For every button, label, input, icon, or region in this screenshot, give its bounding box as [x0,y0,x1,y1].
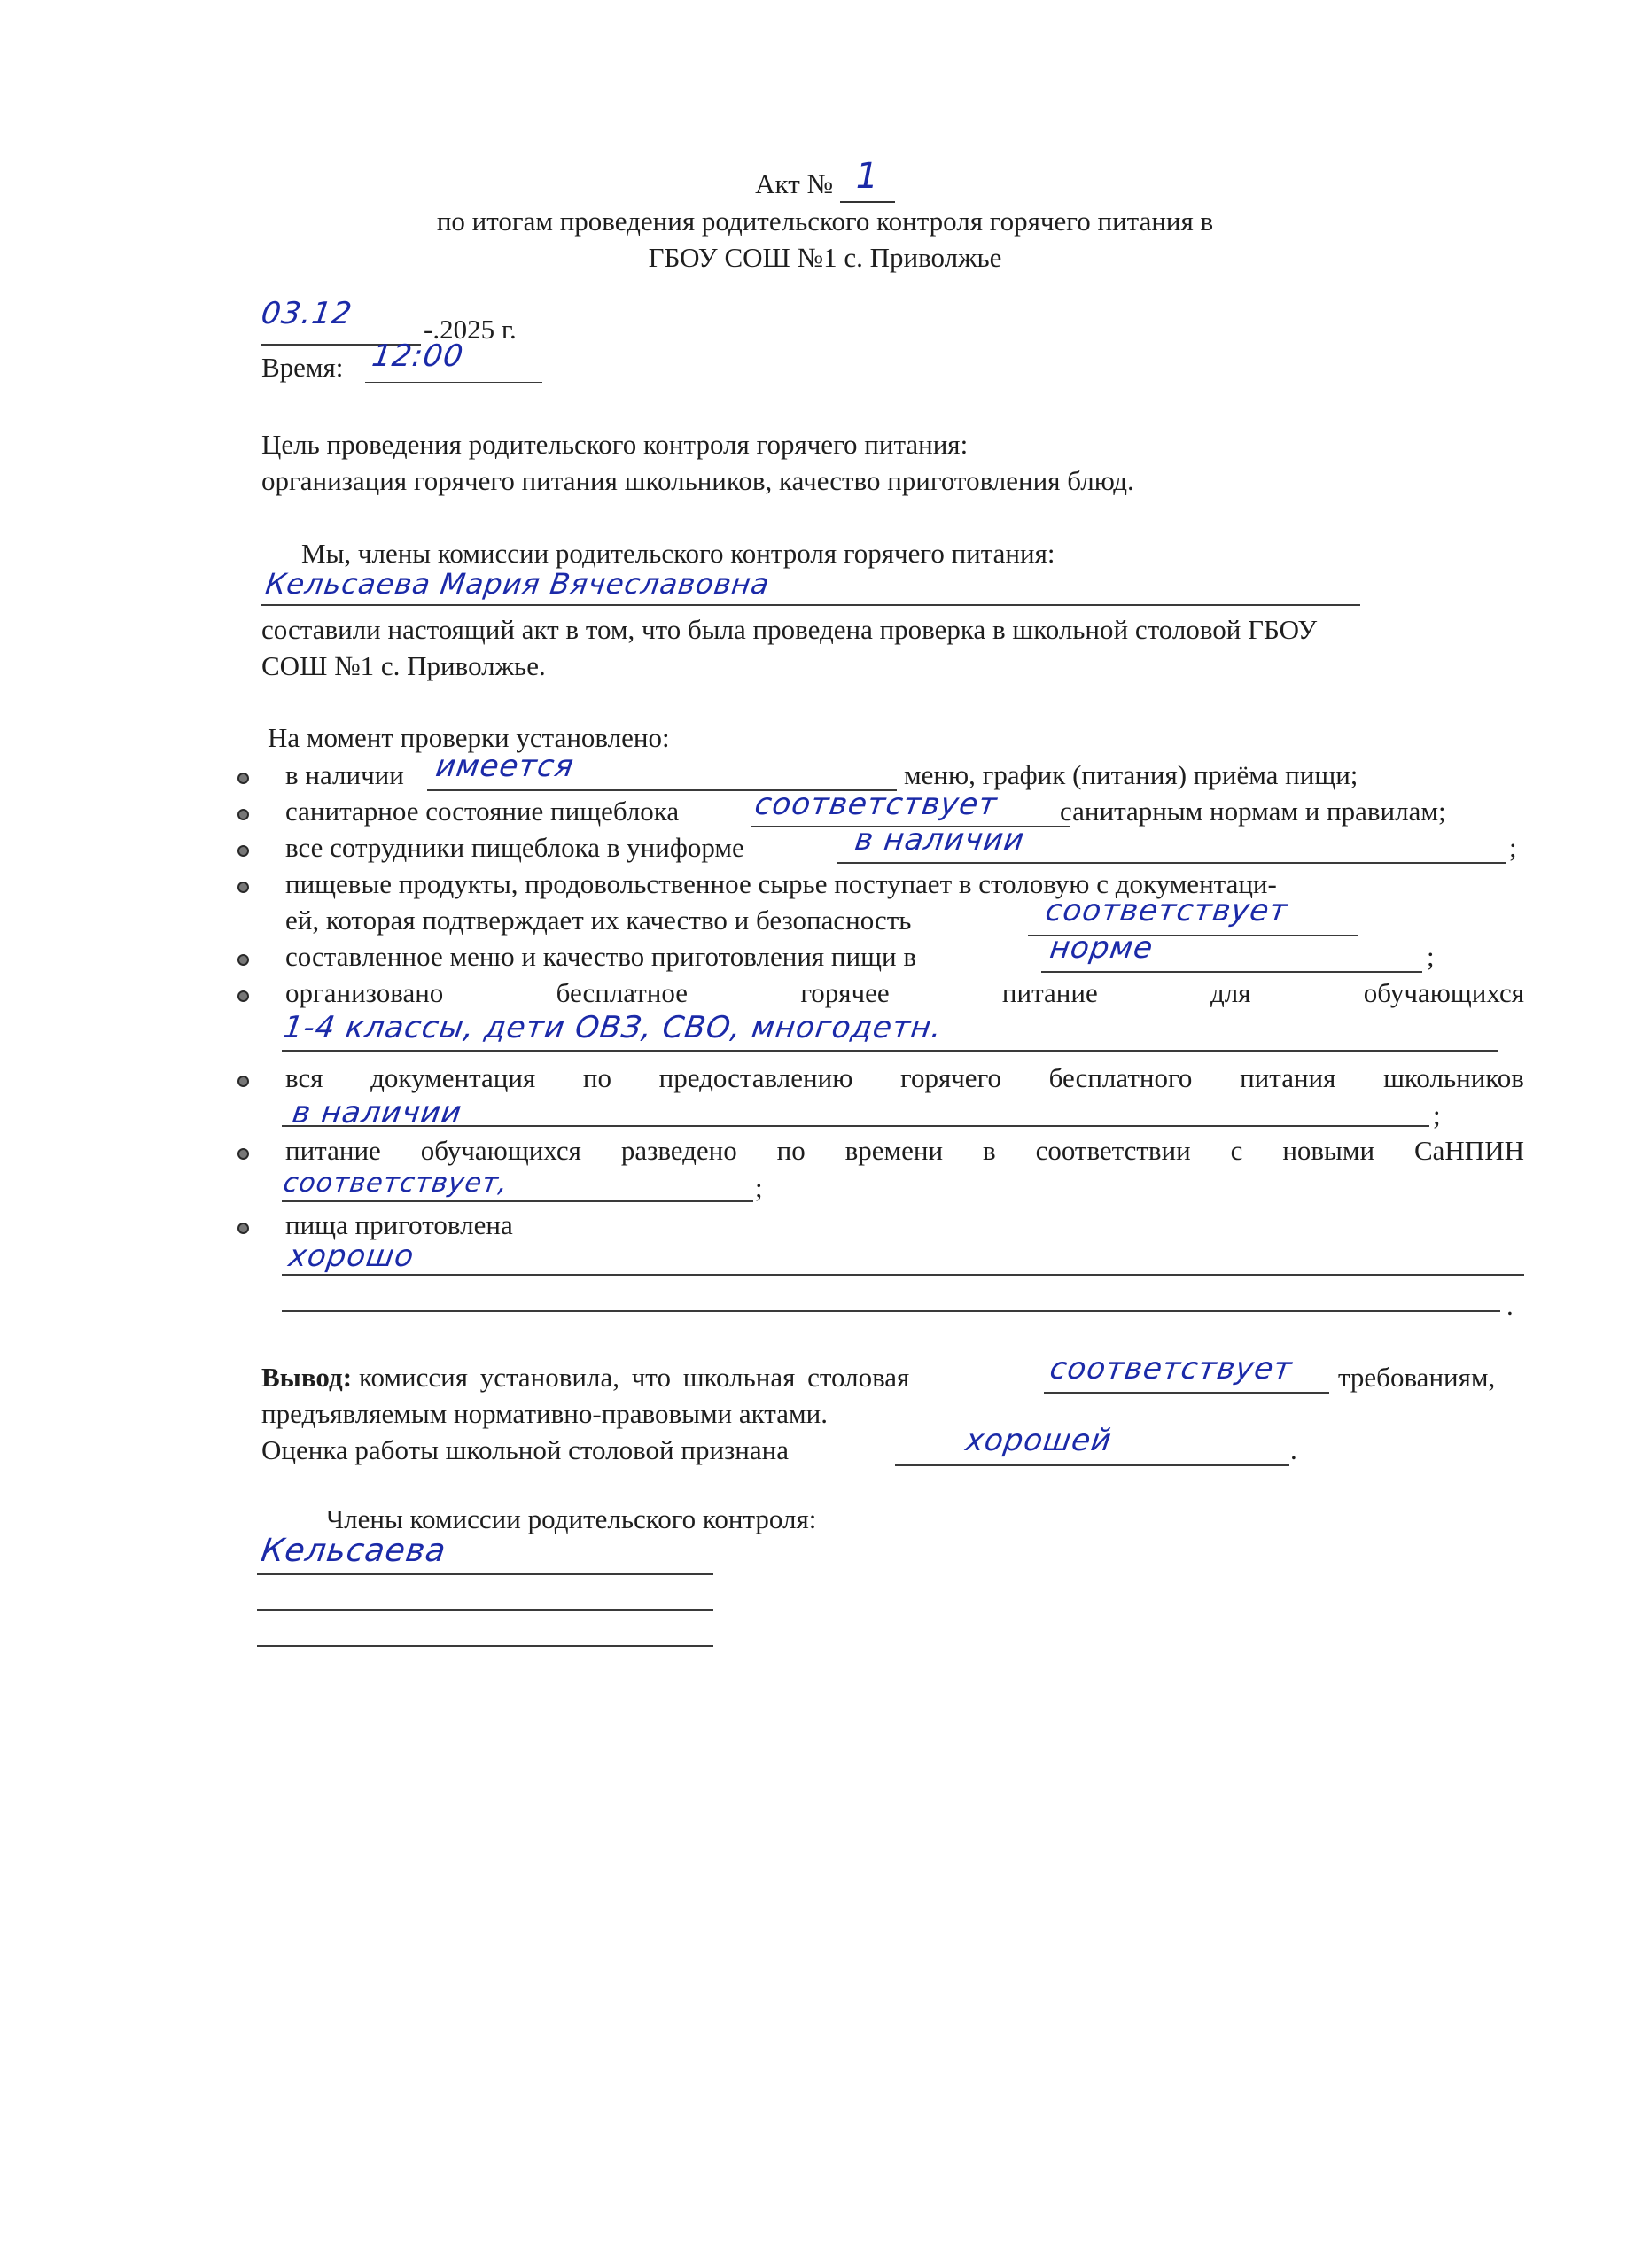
finding-3-suffix: ; [1509,831,1517,865]
bullet-icon [237,845,249,857]
act-number: 1 [856,156,879,197]
commission-intro: Мы, члены комиссии родительского контрол… [301,537,1055,571]
conclusion-label: Вывод: [261,1361,352,1394]
signature-line-1 [257,1573,713,1575]
signature-line-3 [257,1645,713,1647]
finding-6-value: 1-4 классы, дети ОВЗ, СВО, многодетн. [281,1010,945,1045]
bullet-icon [237,882,249,893]
finding-8-value: соответствует, [282,1168,510,1199]
finding-5-underline [1041,971,1422,973]
rating-suffix: . [1290,1433,1297,1467]
commission-statement-line1: составили настоящий акт в том, что была … [261,613,1317,647]
rating-label: Оценка работы школьной столовой признана [261,1433,789,1467]
conclusion-value: соответствует [1047,1351,1295,1386]
commission-statement-line2: СОШ №1 с. Приволжье. [261,649,546,683]
bullet-icon [237,773,249,784]
finding-7-suffix: ; [1433,1099,1441,1132]
finding-8-underline [282,1200,753,1202]
act-label: Акт № [755,168,833,199]
finding-4-value: соответствует [1043,893,1290,928]
finding-3-prefix: все сотрудники пищеблока в униформе [285,831,744,865]
act-title: Акт № 1 [0,165,1650,203]
finding-6-underline [282,1050,1498,1052]
finding-9-prefix: пища приготовлена [285,1208,513,1242]
bullet-icon [237,954,249,966]
conclusion-value-underline [1044,1392,1329,1394]
act-subtitle-line2: ГБОУ СОШ №1 с. Приволжье [0,241,1650,275]
conclusion-line2: предъявляемым нормативно-правовыми актам… [261,1397,828,1431]
member-name-underline [261,604,1360,606]
finding-4-prefix-line1: пищевые продукты, продовольственное сырь… [285,867,1524,901]
finding-6-prefix: организовано бесплатное горячее питание … [285,976,1524,1010]
signatures-heading: Члены комиссии родительского контроля: [326,1503,816,1536]
finding-2-prefix: санитарное состояние пищеблока [285,795,679,828]
time-value: 12:00 [370,338,466,374]
conclusion-text-before: комиссия установила, что школьная столов… [359,1361,909,1394]
finding-5-value: норме [1047,930,1156,966]
finding-3-value: в наличии [852,822,1027,858]
bullet-icon [237,1076,249,1087]
finding-2-value: соответствует [752,787,1000,822]
finding-4-prefix-line2: ей, которая подтверждает их качество и б… [285,904,911,937]
finding-9-value: хорошо [286,1239,416,1274]
rating-underline [895,1464,1289,1466]
finding-3-underline [837,862,1506,864]
time-label: Время: [261,351,343,384]
purpose-line1: Цель проведения родительского контроля г… [261,428,968,462]
finding-8-suffix: ; [755,1171,763,1205]
finding-7-underline [282,1125,1429,1127]
finding-1-prefix: в наличии [285,758,404,792]
finding-5-prefix: составленное меню и качество приготовлен… [285,940,916,974]
bullet-icon [237,809,249,820]
finding-2-suffix: санитарным нормам и правилам; [1060,795,1446,828]
bullet-icon [237,990,249,1002]
finding-1-value: имеется [433,749,576,784]
finding-8-prefix: питание обучающихся разведено по времени… [285,1134,1524,1168]
time-underline [365,382,542,383]
purpose-line2: организация горячего питания школьников,… [261,464,1134,498]
act-document: Акт № 1 по итогам проведения родительско… [0,0,1650,2268]
finding-9-underline-1 [282,1274,1524,1276]
bullet-icon [237,1223,249,1234]
signature-line-2 [257,1609,713,1611]
conclusion-text-after: требованиям, [1338,1361,1495,1394]
finding-9-suffix: . [1506,1289,1514,1323]
signature-1: Кельсаева [259,1533,448,1569]
rating-value: хорошей [963,1423,1114,1458]
bullet-icon [237,1148,249,1160]
finding-5-suffix: ; [1427,940,1435,974]
act-subtitle-line1: по итогам проведения родительского контр… [0,205,1650,238]
commission-member-name: Кельсаева Мария Вячеславовна [263,567,772,601]
finding-9-underline-2 [282,1310,1500,1312]
finding-7-prefix: вся документация по предоставлению горяч… [285,1061,1524,1095]
date-day-month: 03.12 [259,296,354,331]
